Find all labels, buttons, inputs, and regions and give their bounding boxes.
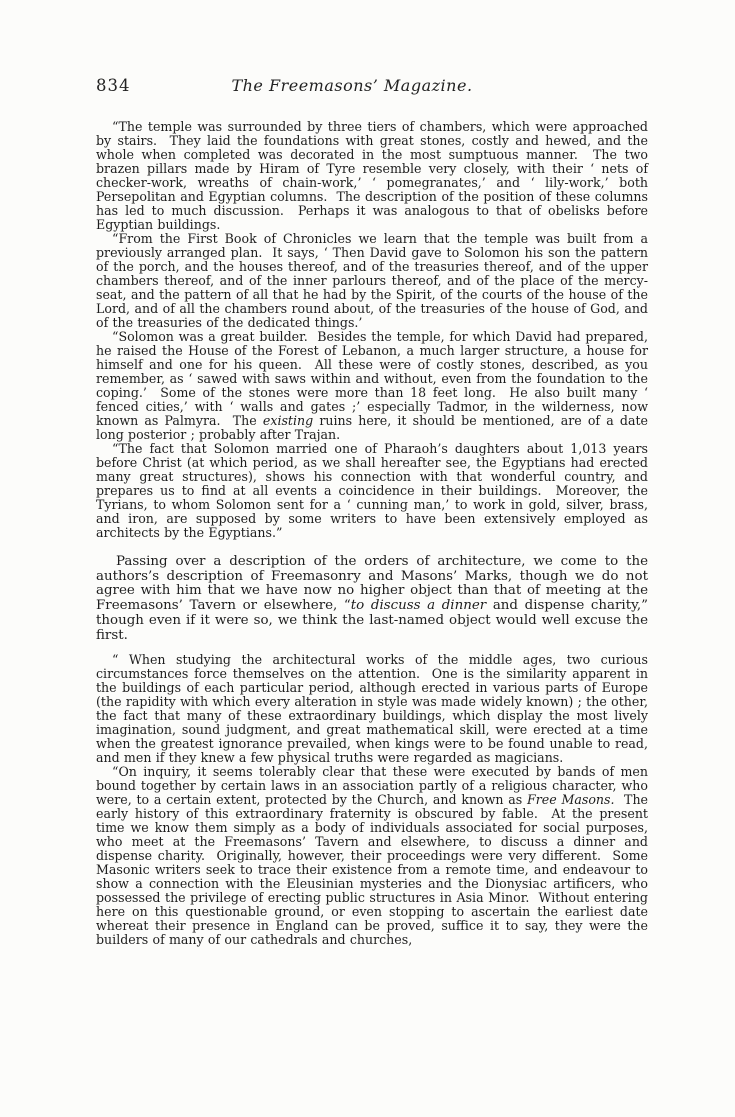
editorial-paragraph: Passing over a description of the orders… [96,555,648,643]
italic-text-run: existing [263,413,313,428]
quote-paragraph: “Solomon was a great builder. Besides th… [96,330,648,442]
text-run: “The fact that Solomon married one of Ph… [96,441,652,540]
italic-text-run: to discuss a dinner [351,598,486,613]
quote-paragraph: “ When studying the architectural works … [96,653,648,765]
text-run: “ When studying the architectural works … [96,652,652,765]
magazine-page: 834 The Freemasons’ Magazine. “The templ… [0,0,735,1117]
quote-paragraph: “On inquiry, it seems tolerably clear th… [96,765,648,947]
page-header: 834 The Freemasons’ Magazine. [96,76,648,100]
text-run: “The temple was surrounded by three tier… [96,119,652,232]
quote-paragraph: “The temple was surrounded by three tier… [96,120,648,232]
text-run: “From the First Book of Chronicles we le… [96,231,652,330]
article-body: “The temple was surrounded by three tier… [96,120,648,947]
quote-paragraph: “From the First Book of Chronicles we le… [96,232,648,330]
italic-text-run: Free Masons. [527,792,614,807]
quote-paragraph: “The fact that Solomon married one of Ph… [96,442,648,540]
text-run: The early history of this extraordinary … [96,792,652,947]
magazine-title: The Freemasons’ Magazine. [96,76,608,95]
